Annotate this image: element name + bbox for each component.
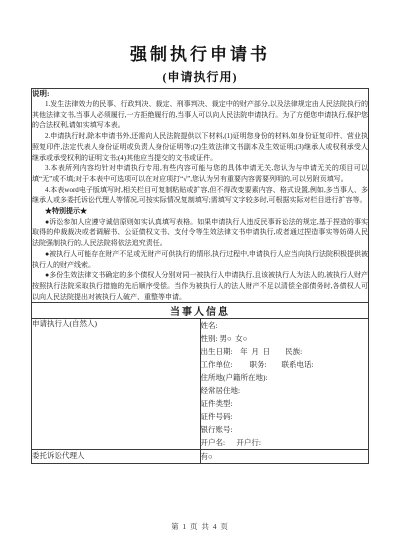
section-header-party-info: 当事人信息 xyxy=(32,303,369,319)
field-habitual-residence: 经常居住地: xyxy=(201,384,369,397)
field-workunit-title-phone: 工作单位: 职务: 联系电话: xyxy=(201,358,369,371)
instruction-paragraph: 4.本表word电子版填写时,相关栏目可复制粘贴或扩容,但不得改变要素内容、格式… xyxy=(32,185,368,206)
field-birthdate-ethnicity: 出生日期: 年 月 日 民族: xyxy=(201,345,369,358)
instructions-row: 说明: 1.发生法律效力的民事、行政判决、裁定、刑事判决、裁定中的财产部分,以及… xyxy=(32,89,369,303)
agent-value: 有○ xyxy=(200,450,369,464)
applicant-label: 申请执行人(自然人) xyxy=(32,319,201,450)
applicant-fields: 姓名: 性别: 男○ 女○ 出生日期: 年 月 日 民族: 工作单位: 职务: … xyxy=(200,319,369,450)
document-page: 强制执行申请书 (申请执行用) 说明: 1.发生法律效力的民事、行政判决、裁定、… xyxy=(0,0,400,560)
field-bank-account: 银行账号: xyxy=(201,423,369,436)
field-id-type: 证件类型: xyxy=(201,397,369,410)
instruction-paragraph: 2.申请执行时,除本申请书外,还需向人民法院提供以下材料,(1)证明您身份的材料… xyxy=(32,131,368,163)
agent-label: 委托诉讼代理人 xyxy=(32,450,201,464)
special-note-bullets: ●诉讼参加人应遵守诚信原则如实认真填写表格。如果申请执行人违反民事诉讼法的规定,… xyxy=(32,217,368,303)
field-name: 姓名: xyxy=(201,319,369,332)
agent-row: 委托诉讼代理人 有○ xyxy=(32,450,369,464)
special-note-header: ★特别提示★ xyxy=(32,206,368,217)
field-id-number: 证件号码: xyxy=(201,410,369,423)
field-gender: 性别: 男○ 女○ xyxy=(201,332,369,345)
field-account-name-bank: 开户名: 开户行: xyxy=(201,436,369,449)
instruction-paragraphs: 1.发生法律效力的民事、行政判决、裁定、刑事判决、裁定中的财产部分,以及法律规定… xyxy=(32,99,368,206)
instructions-section: 说明: 1.发生法律效力的民事、行政判决、裁定、刑事判决、裁定中的财产部分,以及… xyxy=(32,89,369,303)
instruction-paragraph: 1.发生法律效力的民事、行政判决、裁定、刑事判决、裁定中的财产部分,以及法律规定… xyxy=(32,99,368,131)
special-note-bullet: ●诉讼参加人应遵守诚信原则如实认真填写表格。如果申请执行人违反民事诉讼法的规定,… xyxy=(32,217,368,249)
section-header-row: 当事人信息 xyxy=(32,303,369,319)
doc-subtitle: (申请执行用) xyxy=(0,68,400,85)
agent-has-option: 有○ xyxy=(201,450,369,463)
applicant-row: 申请执行人(自然人) 姓名: 性别: 男○ 女○ 出生日期: 年 月 日 民族:… xyxy=(32,319,369,450)
page-number-footer: 第 1 页 共 4 页 xyxy=(0,521,400,532)
form-table: 说明: 1.发生法律效力的民事、行政判决、裁定、刑事判决、裁定中的财产部分,以及… xyxy=(31,88,369,464)
field-residence: 住所地(户籍所在地): xyxy=(201,371,369,384)
special-note-bullet: ●被执行人可能存在财产不足或无财产可供执行的情形,执行过程中,申请执行人应当向执… xyxy=(32,249,368,270)
special-note-bullet: ●多份生效法律文书确定的多个债权人分别对同一被执行人申请执行,且该被执行人为法人… xyxy=(32,270,368,302)
doc-title: 强制执行申请书 xyxy=(0,0,400,65)
instruction-paragraph: 3.本表所列内容均针对申请执行专用,有些内容可能与您的具体申请无关,您认为与申请… xyxy=(32,163,368,184)
instructions-label: 说明: xyxy=(32,89,368,99)
